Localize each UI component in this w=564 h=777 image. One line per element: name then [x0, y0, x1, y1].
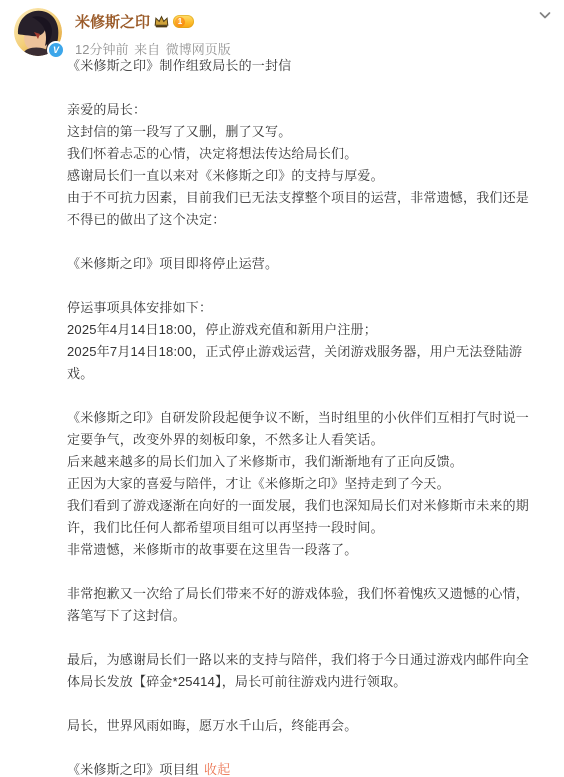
chevron-down-icon: [536, 6, 554, 24]
avatar[interactable]: V: [14, 8, 62, 56]
post-line: 我们怀着忐忑的心情，决定将想法传达给局长们。: [67, 143, 541, 165]
post-blank-line: [67, 275, 541, 297]
post-line: 由于不可抗力因素，目前我们已无法支撑整个项目的运营，非常遗憾，我们还是不得已的做…: [67, 187, 541, 231]
post-line: 后来越来越多的局长们加入了米修斯市，我们渐渐地有了正向反馈。: [67, 451, 541, 473]
crown-icon: [154, 15, 169, 28]
post-body: 《米修斯之印》制作组致局长的一封信亲爱的局长：这封信的第一段写了又删，删了又写。…: [67, 55, 541, 759]
post-line: 亲爱的局长：: [67, 99, 541, 121]
post-signature: 《米修斯之印》项目组: [67, 762, 199, 777]
post-line: 正因为大家的喜爱与陪伴，才让《米修斯之印》坚持走到了今天。: [67, 473, 541, 495]
post-line: 我们看到了游戏逐渐在向好的一面发展，我们也深知局长们对米修斯市未来的期许，我们比…: [67, 495, 541, 539]
post-header: V 米修斯之印 1 12分钟前 来自 微博网页版: [14, 8, 231, 58]
post-blank-line: [67, 561, 541, 583]
post-signature-line: 《米修斯之印》项目组收起: [67, 759, 541, 777]
post-line: 《米修斯之印》自研发阶段起便争议不断，当时组里的小伙伴们互相打气时说一定要争气，…: [67, 407, 541, 451]
post-blank-line: [67, 627, 541, 649]
vip-level-badge[interactable]: 1: [173, 15, 194, 28]
verified-badge-icon: V: [47, 41, 65, 59]
post-blank-line: [67, 693, 541, 715]
post-line: 2025年4月14日18:00，停止游戏充值和新用户注册；: [67, 319, 541, 341]
vip-level-number: 1: [175, 17, 185, 27]
post-line: 感谢局长们一直以来对《米修斯之印》的支持与厚爱。: [67, 165, 541, 187]
post-line: 停运事项具体安排如下：: [67, 297, 541, 319]
post-content: 《米修斯之印》制作组致局长的一封信亲爱的局长：这封信的第一段写了又删，删了又写。…: [67, 55, 541, 777]
post-blank-line: [67, 77, 541, 99]
post-line: 最后，为感谢局长们一路以来的支持与陪伴，我们将于今日通过游戏内邮件向全体局长发放…: [67, 649, 541, 693]
post-line: 非常抱歉又一次给了局长们带来不好的游戏体验，我们怀着愧疚又遗憾的心情，落笔写下了…: [67, 583, 541, 627]
post-line: 2025年7月14日18:00，正式停止游戏运营，关闭游戏服务器，用户无法登陆游…: [67, 341, 541, 385]
collapse-toggle[interactable]: 收起: [204, 762, 230, 777]
post-line: 非常遗憾，米修斯市的故事要在这里告一段落了。: [67, 539, 541, 561]
post-blank-line: [67, 231, 541, 253]
post-blank-line: [67, 385, 541, 407]
post-line: 局长，世界风雨如晦，愿万水千山后，终能再会。: [67, 715, 541, 737]
post-line: 这封信的第一段写了又删，删了又写。: [67, 121, 541, 143]
username[interactable]: 米修斯之印: [75, 11, 150, 32]
post-line: 《米修斯之印》项目即将停止运营。: [67, 253, 541, 275]
post-menu-button[interactable]: [534, 4, 556, 26]
user-info: 米修斯之印 1 12分钟前 来自 微博网页版: [75, 8, 231, 58]
post-line: 《米修斯之印》制作组致局长的一封信: [67, 55, 541, 77]
weibo-post-card: V 米修斯之印 1 12分钟前 来自 微博网页版: [0, 0, 564, 777]
post-blank-line: [67, 737, 541, 759]
